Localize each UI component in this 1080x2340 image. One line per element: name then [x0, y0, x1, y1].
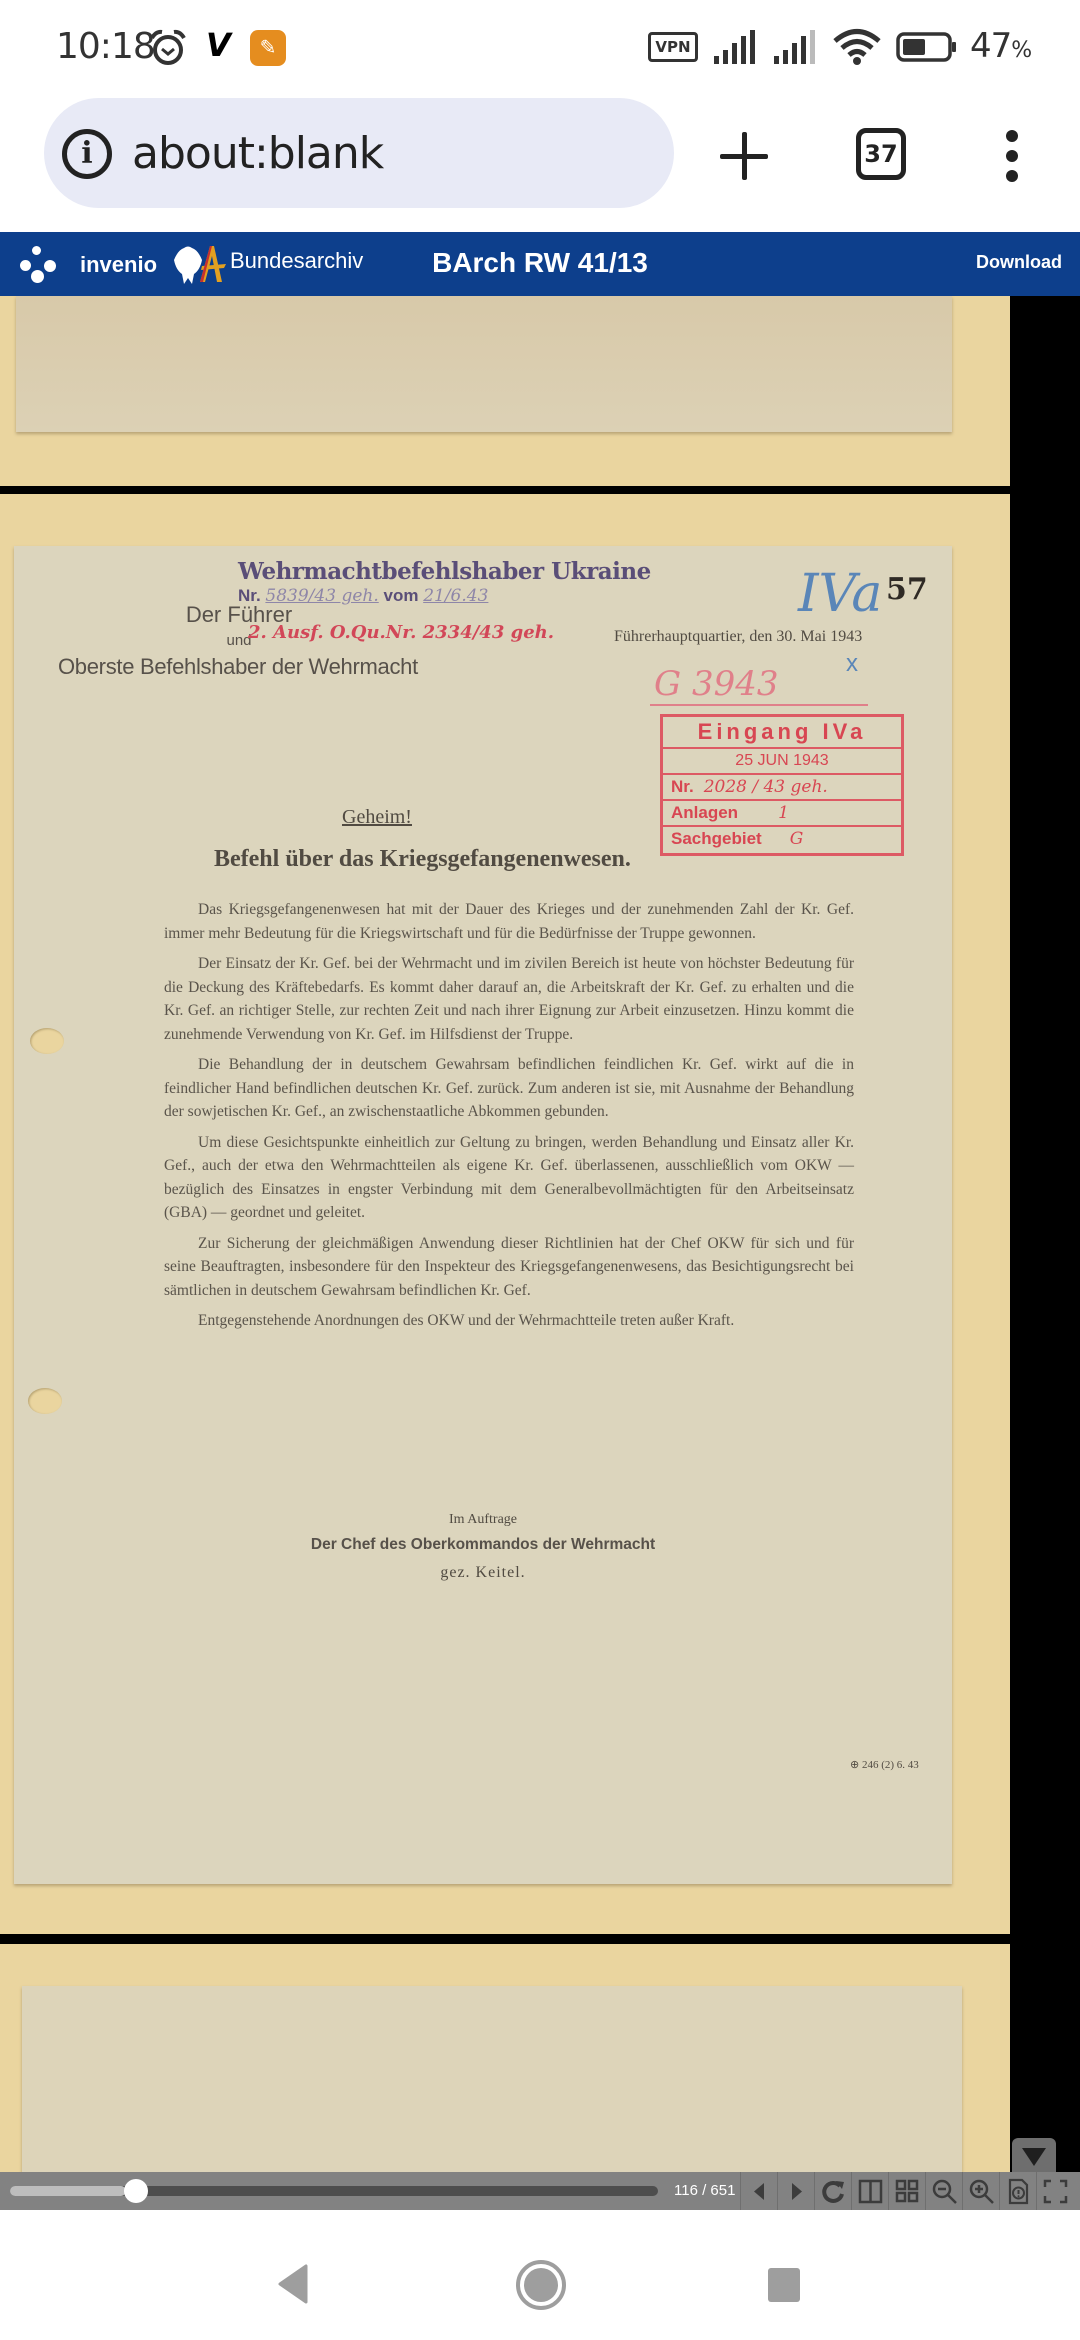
zoom-out-button[interactable] — [925, 2172, 962, 2210]
org-stamp: Wehrmachtbefehlshaber Ukraine — [238, 558, 651, 585]
wifi-icon — [832, 28, 882, 66]
status-bar: 10:18 V ✎ VPN 47% — [0, 0, 1080, 92]
home-icon[interactable] — [516, 2260, 566, 2310]
document-heading: Befehl über das Kriegsgefangenenwesen. — [214, 846, 631, 873]
paragraph: Entgegenstehende Anordnungen des OKW und… — [164, 1309, 854, 1333]
signal-icon-sim2 — [772, 30, 820, 64]
paragraph: Die Behandlung der in deutschem Gewahrsa… — [164, 1053, 854, 1124]
fullscreen-icon — [1042, 2178, 1069, 2205]
page-slider[interactable] — [10, 2186, 658, 2196]
address-bar[interactable]: i about:blank — [44, 98, 674, 208]
previous-page-button[interactable] — [740, 2172, 777, 2210]
signature-name: gez. Keitel. — [14, 1564, 952, 1582]
place-date: Führerhauptquartier, den 30. Mai 1943 — [614, 628, 862, 646]
blue-cross-mark: x — [846, 650, 858, 678]
red-underline — [650, 704, 868, 706]
signature-office: Der Chef des Oberkommandos der Wehrmacht — [14, 1536, 952, 1554]
browser-toolbar: i about:blank 37 — [0, 92, 1080, 232]
next-page-button[interactable] — [777, 2172, 814, 2210]
page-number: 57 — [886, 572, 928, 607]
rotate-button[interactable] — [814, 2172, 851, 2210]
receipt-stamp-title: Eingang IVa — [663, 717, 901, 749]
receipt-stamp-anlagen: Anlagen1 — [663, 801, 901, 827]
two-page-view-button[interactable] — [851, 2172, 888, 2210]
v-app-icon: V — [206, 26, 231, 64]
triangle-left-icon — [746, 2178, 773, 2205]
invenio-brand: invenio — [80, 252, 157, 278]
eagle-emblem-icon: ⊕ — [850, 1759, 862, 1771]
sender-line-3: Oberste Befehlshaber der Wehrmacht — [58, 654, 418, 680]
paper-sheet: Der Führer und Oberste Befehlshaber der … — [14, 546, 952, 1884]
url-text[interactable]: about:blank — [132, 128, 383, 179]
paper-sheet — [22, 1986, 962, 2172]
print-code: ⊕ 246 (2) 6. 43 — [850, 1758, 919, 1771]
document-body: Das Kriegsgefangenenwesen hat mit der Da… — [164, 898, 854, 1340]
document-info-icon — [1005, 2178, 1032, 2205]
vpn-icon: VPN — [648, 32, 698, 62]
alarm-icon — [148, 28, 188, 68]
signature-im-auftrage: Im Auftrage — [14, 1512, 952, 1528]
red-reference-number: G 3943 — [654, 664, 779, 704]
clock: 10:18 — [56, 26, 155, 67]
triangle-right-icon — [783, 2178, 810, 2205]
punch-hole — [28, 1388, 62, 1414]
viewer-toolbar: 116 / 651 — [0, 2172, 1080, 2210]
classification-label: Geheim! — [342, 806, 412, 829]
paragraph: Zur Sicherung der gleichmäßigen Anwendun… — [164, 1232, 854, 1303]
bundesarchiv-brand: Bundesarchiv — [230, 248, 363, 274]
site-info-icon[interactable]: i — [62, 129, 112, 179]
thumbnail-view-button[interactable] — [888, 2172, 925, 2210]
page-scan-next[interactable] — [0, 1944, 1010, 2172]
receipt-stamp: Eingang IVa 25 JUN 1943 Nr.2028 / 43 geh… — [660, 714, 904, 856]
viewer-header: invenio Bundesarchiv BArch RW 41/13 Down… — [0, 232, 1080, 296]
invenio-logo-icon — [20, 246, 60, 284]
cleaner-app-icon: ✎ — [250, 30, 286, 66]
red-handwritten-note: 2. Ausf. O.Qu.Nr. 2334/43 geh. — [248, 622, 554, 643]
zoom-out-icon — [931, 2178, 958, 2205]
signal-icon-sim1 — [712, 30, 760, 64]
zoom-in-icon — [968, 2178, 995, 2205]
receipt-stamp-date: 25 JUN 1943 — [663, 749, 901, 775]
receipt-stamp-sachgebiet: SachgebietG — [663, 827, 901, 853]
download-button[interactable]: Download — [976, 252, 1062, 273]
page-slider-progress — [10, 2186, 126, 2196]
bundesarchiv-eagle-logo-icon — [170, 242, 226, 288]
android-navigation-bar — [0, 2210, 1080, 2340]
document-title: BArch RW 41/13 — [0, 247, 1080, 279]
back-icon[interactable] — [276, 2264, 310, 2304]
new-tab-button[interactable] — [716, 128, 772, 184]
rotate-icon — [820, 2178, 847, 2205]
grid-icon — [894, 2178, 921, 2205]
battery-percent: 47% — [970, 26, 1031, 66]
org-stamp-number: Nr. 5839/43 geh. vom 21/6.43 — [238, 586, 488, 606]
page-counter: 116 / 651 — [674, 2182, 735, 2199]
paper-sheet — [16, 296, 952, 432]
blue-handwritten-mark: IVa — [798, 564, 882, 624]
page-slider-thumb[interactable] — [124, 2179, 148, 2203]
paragraph: Der Einsatz der Kr. Gef. bei der Wehrmac… — [164, 952, 854, 1046]
punch-hole — [30, 1028, 64, 1054]
receipt-stamp-nr: Nr.2028 / 43 geh. — [663, 775, 901, 801]
page-scan-previous[interactable] — [0, 296, 1010, 486]
paragraph: Um diese Gesichtspunkte einheitlich zur … — [164, 1131, 854, 1225]
more-vert-icon[interactable] — [998, 128, 1028, 184]
recents-icon[interactable] — [768, 2268, 800, 2302]
scroll-down-button[interactable] — [1012, 2138, 1056, 2172]
document-viewer[interactable]: Der Führer und Oberste Befehlshaber der … — [0, 296, 1080, 2172]
paragraph: Das Kriegsgefangenenwesen hat mit der Da… — [164, 898, 854, 945]
tab-switcher-button[interactable]: 37 — [856, 128, 906, 180]
two-columns-icon — [857, 2178, 884, 2205]
zoom-in-button[interactable] — [962, 2172, 999, 2210]
info-button[interactable] — [999, 2172, 1036, 2210]
battery-icon — [896, 32, 958, 62]
page-scan-current[interactable]: Der Führer und Oberste Befehlshaber der … — [0, 494, 1010, 1934]
fullscreen-button[interactable] — [1036, 2172, 1080, 2210]
